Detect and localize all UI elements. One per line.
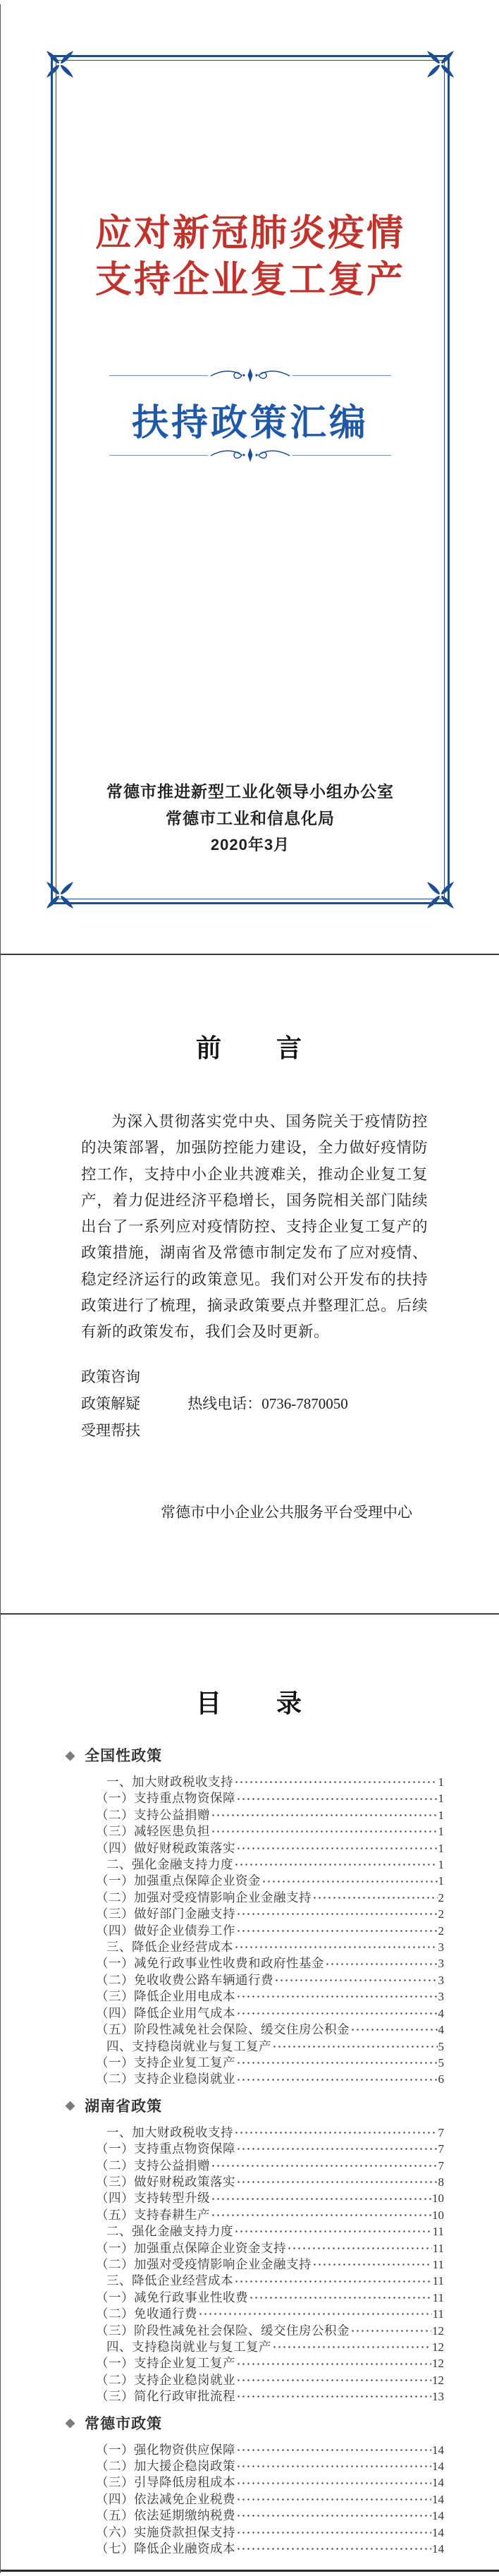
toc-entry-label: （一）加强重点保障企业资金	[96, 1873, 261, 1888]
diamond-bullet-icon: ◆	[66, 2417, 75, 2429]
toc-section-heading: ◆ 湖南省政策	[66, 2095, 444, 2116]
toc-dot-leader	[236, 2011, 438, 2016]
toc-sections: ◆ 全国性政策 一、加大财政税收支持 1 （一）支持重点物资保障 1 （二）支持…	[96, 1737, 444, 2557]
toc-entry-page: 3	[438, 1973, 445, 1988]
toc-entry-page: 14	[432, 2443, 444, 2458]
toc-entry-page: 1	[438, 1775, 445, 1790]
toc-entry-label: （一）强化物资供应保障	[96, 2442, 235, 2457]
toc-entry: （二）免收收费公路车辆通行费 3	[96, 1972, 444, 1988]
toc-section-heading-label: 全国性政策	[85, 1744, 162, 1766]
toc-entry: （三）引导降低房租成本 14	[96, 2474, 444, 2491]
toc-entry-label: （三）阶段性减免社会保险、缓交住房公积金	[96, 2323, 350, 2338]
toc-entry-page: 11	[433, 2224, 444, 2240]
toc-entry: （二）加大援企稳岗政策 14	[96, 2458, 444, 2474]
toc-entry-page: 7	[438, 2125, 445, 2141]
toc-dot-leader	[236, 1994, 438, 1999]
toc-section-list: 一、加大财政税收支持 1 （一）支持重点物资保障 1 （二）支持公益捐赠 1 （…	[96, 1774, 444, 2088]
toc-entry: （二）加强对受疫情影响企业金融支持 2	[96, 1890, 444, 1906]
flourish-divider	[109, 446, 391, 464]
toc-title: 目 录	[0, 1684, 499, 1720]
toc-section: ◆ 全国性政策 一、加大财政税收支持 1 （一）支持重点物资保障 1 （二）支持…	[96, 1744, 444, 2088]
toc-entry-label: （三）做好部门金融支持	[96, 1906, 235, 1921]
toc-dot-leader	[211, 1829, 438, 1834]
toc-entry-label: （二）免收通行费	[96, 2306, 197, 2321]
toc-section: ◆ 常德市政策 （一）强化物资供应保障 14 （二）加大援企稳岗政策 14 （三…	[96, 2412, 444, 2558]
toc-entry-label: 二、强化金融支持力度	[106, 1857, 233, 1872]
toc-entry-label: （二）加强对受疫情影响企业金融支持	[96, 1890, 312, 1905]
toc-entry-page: 8	[438, 2175, 445, 2190]
toc-entry-label: （一）加强重点保障企业资金支持	[96, 2240, 286, 2256]
cover-publisher-block: 常德市推进新型工业化领导小组办公室 常德市工业和信息化局 2020年3月	[53, 778, 448, 858]
toc-entry-label: （一）支持重点物资保障	[96, 2141, 235, 2156]
toc-entry-page: 1	[438, 1857, 445, 1873]
toc-entry: （三）简化行政审批流程 13	[96, 2388, 444, 2405]
toc-entry-label: 一、加大财政税收支持	[106, 1774, 233, 1790]
toc-dot-leader	[211, 1813, 438, 1818]
toc-entry: （一）加强重点保障企业资金 1	[96, 1873, 444, 1889]
toc-dot-leader	[234, 1945, 438, 1950]
toc-entry: （二）免收通行费 11	[96, 2306, 444, 2322]
toc-dot-leader	[236, 2060, 438, 2065]
toc-entry: （二）支持企业稳岗就业 6	[96, 2071, 444, 2087]
toc-entry: （二）支持公益捐赠 1	[96, 1807, 444, 1823]
toc-entry: 三、降低企业经营成本 11	[96, 2273, 444, 2289]
toc-dot-leader	[236, 2077, 438, 2082]
toc-entry-label: （五）支持春耕生产	[96, 2207, 210, 2223]
toc-entry-page: 11	[433, 2290, 444, 2306]
toc-dot-leader	[287, 2246, 432, 2251]
toc-entry-label: 四、支持稳岗就业与复工复产	[106, 2339, 271, 2355]
toc-entry: 三、降低企业经营成本 3	[96, 1939, 444, 1955]
toc-entry-page: 3	[438, 1989, 445, 2005]
toc-dot-leader	[325, 1962, 438, 1967]
toc-entry: 一、加大财政税收支持 1	[96, 1774, 444, 1790]
toc-entry: （三）做好财税政策落实 8	[96, 2174, 444, 2190]
toc-entry: 四、支持稳岗就业与复工复产 12	[96, 2339, 444, 2355]
divider-line	[292, 455, 391, 456]
corner-ornament-icon	[44, 48, 76, 80]
toc-entry-page: 6	[438, 2072, 445, 2087]
toc-entry-page: 14	[432, 2492, 444, 2508]
toc-entry-page: 1	[438, 1841, 445, 1857]
flourish-icon	[208, 366, 292, 384]
preface-signature: 常德市中小企业公共服务平台受理中心	[161, 1501, 412, 1522]
toc-dot-leader	[236, 1912, 438, 1916]
toc-entry: （三）阶段性减免社会保险、缓交住房公积金 12	[96, 2323, 444, 2339]
toc-dot-leader	[272, 2345, 431, 2350]
toc-entry-page: 1	[438, 1808, 445, 1823]
toc-entry: （四）支持转型升级 10	[96, 2190, 444, 2206]
toc-dot-leader	[234, 1862, 438, 1867]
toc-entry-page: 12	[432, 2340, 444, 2355]
cover-title-line2: 支持企业复工复产	[53, 257, 448, 303]
toc-section-heading: ◆ 常德市政策	[66, 2412, 444, 2434]
toc-entry-page: 2	[438, 1907, 445, 1922]
toc-entry-page: 13	[432, 2389, 444, 2405]
contact-block: 政策咨询 政策解疑 热线电话：0736-7870050 受理帮扶	[81, 1363, 348, 1444]
cover-title-line1: 应对新冠肺炎疫情	[53, 210, 448, 257]
toc-entry-label: （三）引导降低房租成本	[96, 2474, 235, 2490]
toc-entry-label: 二、强化金融支持力度	[106, 2223, 233, 2239]
toc-entry: 二、强化金融支持力度 1	[96, 1857, 444, 1873]
toc-entry: （六）实施贷款担保支持 14	[96, 2525, 444, 2541]
toc-dot-leader	[236, 2481, 431, 2486]
toc-section-heading: ◆ 全国性政策	[66, 1744, 444, 1766]
toc-section-heading-label: 常德市政策	[85, 2412, 162, 2434]
toc-dot-leader	[234, 2229, 432, 2234]
toc-dot-leader	[211, 2163, 438, 2168]
toc-entry-page: 14	[432, 2459, 444, 2474]
toc-dot-leader	[234, 2130, 438, 2135]
toc-entry-page: 14	[432, 2475, 444, 2491]
toc-entry-page: 11	[433, 2241, 444, 2256]
hotline-number: 热线电话：0736-7870050	[187, 1395, 348, 1412]
toc-entry: （一）减免行政事业性收费和政府性基金 3	[96, 1955, 444, 1972]
contact-line-2: 政策解疑 热线电话：0736-7870050	[81, 1390, 348, 1417]
toc-section: ◆ 湖南省政策 一、加大财政税收支持 7 （一）支持重点物资保障 7 （二）支持…	[96, 2095, 444, 2405]
toc-entry-label: （一）支持企业复工复产	[96, 2055, 235, 2070]
toc-dot-leader	[272, 2044, 438, 2049]
toc-entry-label: （二）支持企业稳岗就业	[96, 2372, 235, 2388]
toc-dot-leader	[236, 2180, 438, 2185]
toc-dot-leader	[236, 2146, 438, 2151]
cover-title: 应对新冠肺炎疫情 支持企业复工复产	[53, 210, 448, 303]
toc-entry-label: （四）做好企业债券工作	[96, 1923, 235, 1938]
toc-entry: （一）加强重点保障企业资金支持 11	[96, 2240, 444, 2256]
toc-entry-page: 14	[432, 2541, 444, 2557]
contact-line-2-label: 政策解疑	[81, 1395, 140, 1412]
flourish-divider	[109, 366, 391, 384]
toc-dot-leader	[236, 2394, 431, 2399]
toc-dot-leader	[249, 2295, 432, 2300]
toc-entry: （四）降低企业用气成本 4	[96, 2005, 444, 2022]
toc-entry-page: 11	[433, 2273, 444, 2289]
toc-entry-page: 4	[438, 2022, 445, 2038]
toc-dot-leader	[236, 2448, 431, 2453]
toc-dot-leader	[236, 1797, 438, 1802]
toc-dot-leader	[350, 2027, 438, 2032]
toc-section-list: 一、加大财政税收支持 7 （一）支持重点物资保障 7 （二）支持公益捐赠 7 （…	[96, 2125, 444, 2405]
toc-entry-label: （二）支持公益捐赠	[96, 1807, 210, 1823]
toc-dot-leader	[236, 2464, 431, 2469]
toc-dot-leader	[236, 2497, 431, 2502]
flourish-icon	[208, 446, 292, 464]
toc-entry: （五）阶段性减免社会保险、缓交住房公积金 4	[96, 2022, 444, 2038]
toc-dot-leader	[211, 2197, 431, 2201]
toc-entry-page: 10	[432, 2208, 444, 2223]
toc-dot-leader	[236, 2378, 431, 2383]
toc-entry-label: 三、降低企业经营成本	[106, 2273, 233, 2288]
toc-entry-page: 5	[438, 2039, 445, 2055]
toc-entry-label: （二）加强对受疫情影响企业金融支持	[96, 2256, 312, 2272]
corner-ornament-icon	[424, 879, 457, 911]
toc-entry-page: 1	[438, 1791, 445, 1806]
divider-line	[109, 455, 208, 456]
toc-entry: （三）做好部门金融支持 2	[96, 1906, 444, 1922]
toc-entry-page: 14	[432, 2508, 444, 2524]
toc-entry: （一）支持重点物资保障 1	[96, 1790, 444, 1806]
toc-entry-page: 4	[438, 2006, 445, 2022]
toc-entry-label: （五）依法延期缴纳税费	[96, 2508, 235, 2523]
toc-entry: （二）加强对受疫情影响企业金融支持 11	[96, 2256, 444, 2273]
toc-entry-label: （一）支持重点物资保障	[96, 1790, 235, 1806]
toc-dot-leader	[236, 2546, 431, 2551]
toc-dot-leader	[211, 2213, 431, 2218]
toc-entry: （五）依法延期缴纳税费 14	[96, 2508, 444, 2524]
toc-entry-page: 7	[438, 2141, 445, 2157]
toc-entry-page: 1	[438, 1873, 445, 1889]
toc-entry-label: （三）做好财税政策落实	[96, 2174, 235, 2189]
toc-entry: （五）支持春耕生产 10	[96, 2207, 444, 2223]
toc-dot-leader	[274, 1978, 438, 1983]
toc-entry: （二）支持企业稳岗就业 12	[96, 2372, 444, 2388]
toc-entry-label: 一、加大财政税收支持	[106, 2125, 233, 2140]
scan-edge-line	[0, 4, 1, 2573]
toc-entry: （三）减轻医患负担 1	[96, 1823, 444, 1840]
toc-entry: 四、支持稳岗就业与复工复产 5	[96, 2039, 444, 2055]
toc-entry: （三）降低企业用电成本 3	[96, 1988, 444, 2005]
toc-entry: （一）支持企业复工复产 5	[96, 2055, 444, 2071]
toc-entry-label: （四）做好财税政策落实	[96, 1840, 235, 1856]
corner-ornament-icon	[424, 48, 457, 80]
toc-dot-leader	[350, 2328, 431, 2333]
toc-entry: （七）降低企业融资成本 14	[96, 2541, 444, 2557]
toc-page: 目 录 ◆ 全国性政策 一、加大财政税收支持 1 （一）支持重点物资保障 1 （…	[0, 1616, 499, 2572]
toc-entry: 一、加大财政税收支持 7	[96, 2125, 444, 2141]
cover-date: 2020年3月	[53, 832, 448, 858]
toc-entry: （一）支持重点物资保障 7	[96, 2141, 444, 2157]
toc-dot-leader	[236, 1846, 438, 1851]
toc-section-list: （一）强化物资供应保障 14 （二）加大援企稳岗政策 14 （三）引导降低房租成…	[96, 2442, 444, 2558]
toc-entry-page: 5	[438, 2055, 445, 2071]
cover-border-frame: 应对新冠肺炎疫情 支持企业复工复产 扶持政策汇编	[51, 55, 450, 904]
toc-entry: （四）依法减免企业税费 14	[96, 2491, 444, 2508]
toc-entry-page: 11	[433, 2307, 444, 2322]
contact-line-1: 政策咨询	[81, 1363, 348, 1390]
diamond-bullet-icon: ◆	[66, 2099, 75, 2111]
toc-entry-label: （三）简化行政审批流程	[96, 2388, 235, 2404]
divider-line	[292, 375, 391, 376]
toc-dot-leader	[198, 2311, 432, 2316]
toc-entry-page: 2	[438, 1924, 445, 1939]
toc-entry-label: （一）减免行政事业性收费和政府性基金	[96, 1955, 324, 1971]
toc-entry-page: 12	[432, 2373, 444, 2388]
toc-entry-page: 7	[438, 2158, 445, 2174]
cover-org-1: 常德市推进新型工业化领导小组办公室	[53, 778, 448, 805]
preface-page: 前 言 为深入贯彻落实党中央、国务院关于疫情防控的决策部署，加强防控能力建设，全…	[0, 956, 499, 1615]
toc-entry-page: 3	[438, 1956, 445, 1972]
toc-entry-page: 10	[432, 2191, 444, 2206]
toc-dot-leader	[312, 2262, 432, 2267]
toc-dot-leader	[261, 1879, 438, 1884]
toc-entry-label: （四）支持转型升级	[96, 2190, 210, 2206]
toc-entry-label: （六）实施贷款担保支持	[96, 2525, 235, 2540]
preface-paragraph: 为深入贯彻落实党中央、国务院关于疫情防控的决策部署，加强防控能力建设，全力做好疫…	[81, 1109, 428, 1346]
toc-entry: （一）减免行政事业性收费 11	[96, 2290, 444, 2306]
toc-entry-label: （四）依法减免企业税费	[96, 2491, 235, 2507]
toc-entry: （四）做好财税政策落实 1	[96, 1840, 444, 1857]
divider-line	[109, 375, 208, 376]
toc-entry-page: 12	[432, 2356, 444, 2371]
toc-entry-label: （七）降低企业融资成本	[96, 2541, 235, 2556]
toc-entry-page: 14	[432, 2525, 444, 2541]
toc-entry: 二、强化金融支持力度 11	[96, 2223, 444, 2240]
toc-entry: （一）支持企业复工复产 12	[96, 2355, 444, 2371]
toc-dot-leader	[234, 2279, 432, 2284]
toc-entry-label: （五）阶段性减免社会保险、缓交住房公积金	[96, 2022, 350, 2037]
toc-entry-label: （二）免收收费公路车辆通行费	[96, 1972, 273, 1988]
corner-ornament-icon	[44, 879, 76, 911]
toc-dot-leader	[236, 2513, 431, 2518]
toc-dot-leader	[234, 1780, 438, 1785]
toc-dot-leader	[312, 1895, 438, 1900]
toc-entry-page: 12	[432, 2323, 444, 2339]
toc-entry-page: 3	[438, 1940, 445, 1955]
toc-entry-label: （四）降低企业用气成本	[96, 2005, 235, 2021]
toc-dot-leader	[236, 1928, 438, 1933]
toc-entry-page: 2	[438, 1890, 445, 1906]
toc-entry-label: （一）支持企业复工复产	[96, 2355, 235, 2371]
toc-entry-label: （三）减轻医患负担	[96, 1823, 210, 1839]
toc-entry-page: 1	[438, 1824, 445, 1840]
toc-dot-leader	[236, 2362, 431, 2367]
diamond-bullet-icon: ◆	[66, 1749, 75, 1761]
cover-border-inner-line	[56, 60, 445, 899]
toc-entry: （二）支持公益捐赠 7	[96, 2158, 444, 2174]
toc-entry-label: （一）减免行政事业性收费	[96, 2290, 248, 2305]
preface-title: 前 言	[0, 1028, 499, 1064]
toc-entry-label: 四、支持稳岗就业与复工复产	[106, 2039, 271, 2054]
toc-section-heading-label: 湖南省政策	[85, 2095, 162, 2116]
cover-org-2: 常德市工业和信息化局	[53, 805, 448, 832]
toc-entry-label: （二）支持企业稳岗就业	[96, 2071, 235, 2086]
toc-entry-label: 三、降低企业经营成本	[106, 1939, 233, 1955]
document-canvas: 应对新冠肺炎疫情 支持企业复工复产 扶持政策汇编	[0, 0, 499, 2576]
toc-entry: （一）强化物资供应保障 14	[96, 2442, 444, 2458]
toc-entry-label: （二）支持公益捐赠	[96, 2158, 210, 2173]
toc-entry-label: （三）降低企业用电成本	[96, 1988, 235, 2004]
toc-entry: （四）做好企业债券工作 2	[96, 1923, 444, 1939]
toc-entry-page: 11	[433, 2257, 444, 2273]
toc-dot-leader	[236, 2530, 431, 2535]
cover-page: 应对新冠肺炎疫情 支持企业复工复产 扶持政策汇编	[0, 0, 499, 955]
contact-line-3: 受理帮扶	[81, 1417, 348, 1444]
cover-subtitle: 扶持政策汇编	[53, 393, 448, 446]
toc-entry-label: （二）加大援企稳岗政策	[96, 2458, 235, 2474]
